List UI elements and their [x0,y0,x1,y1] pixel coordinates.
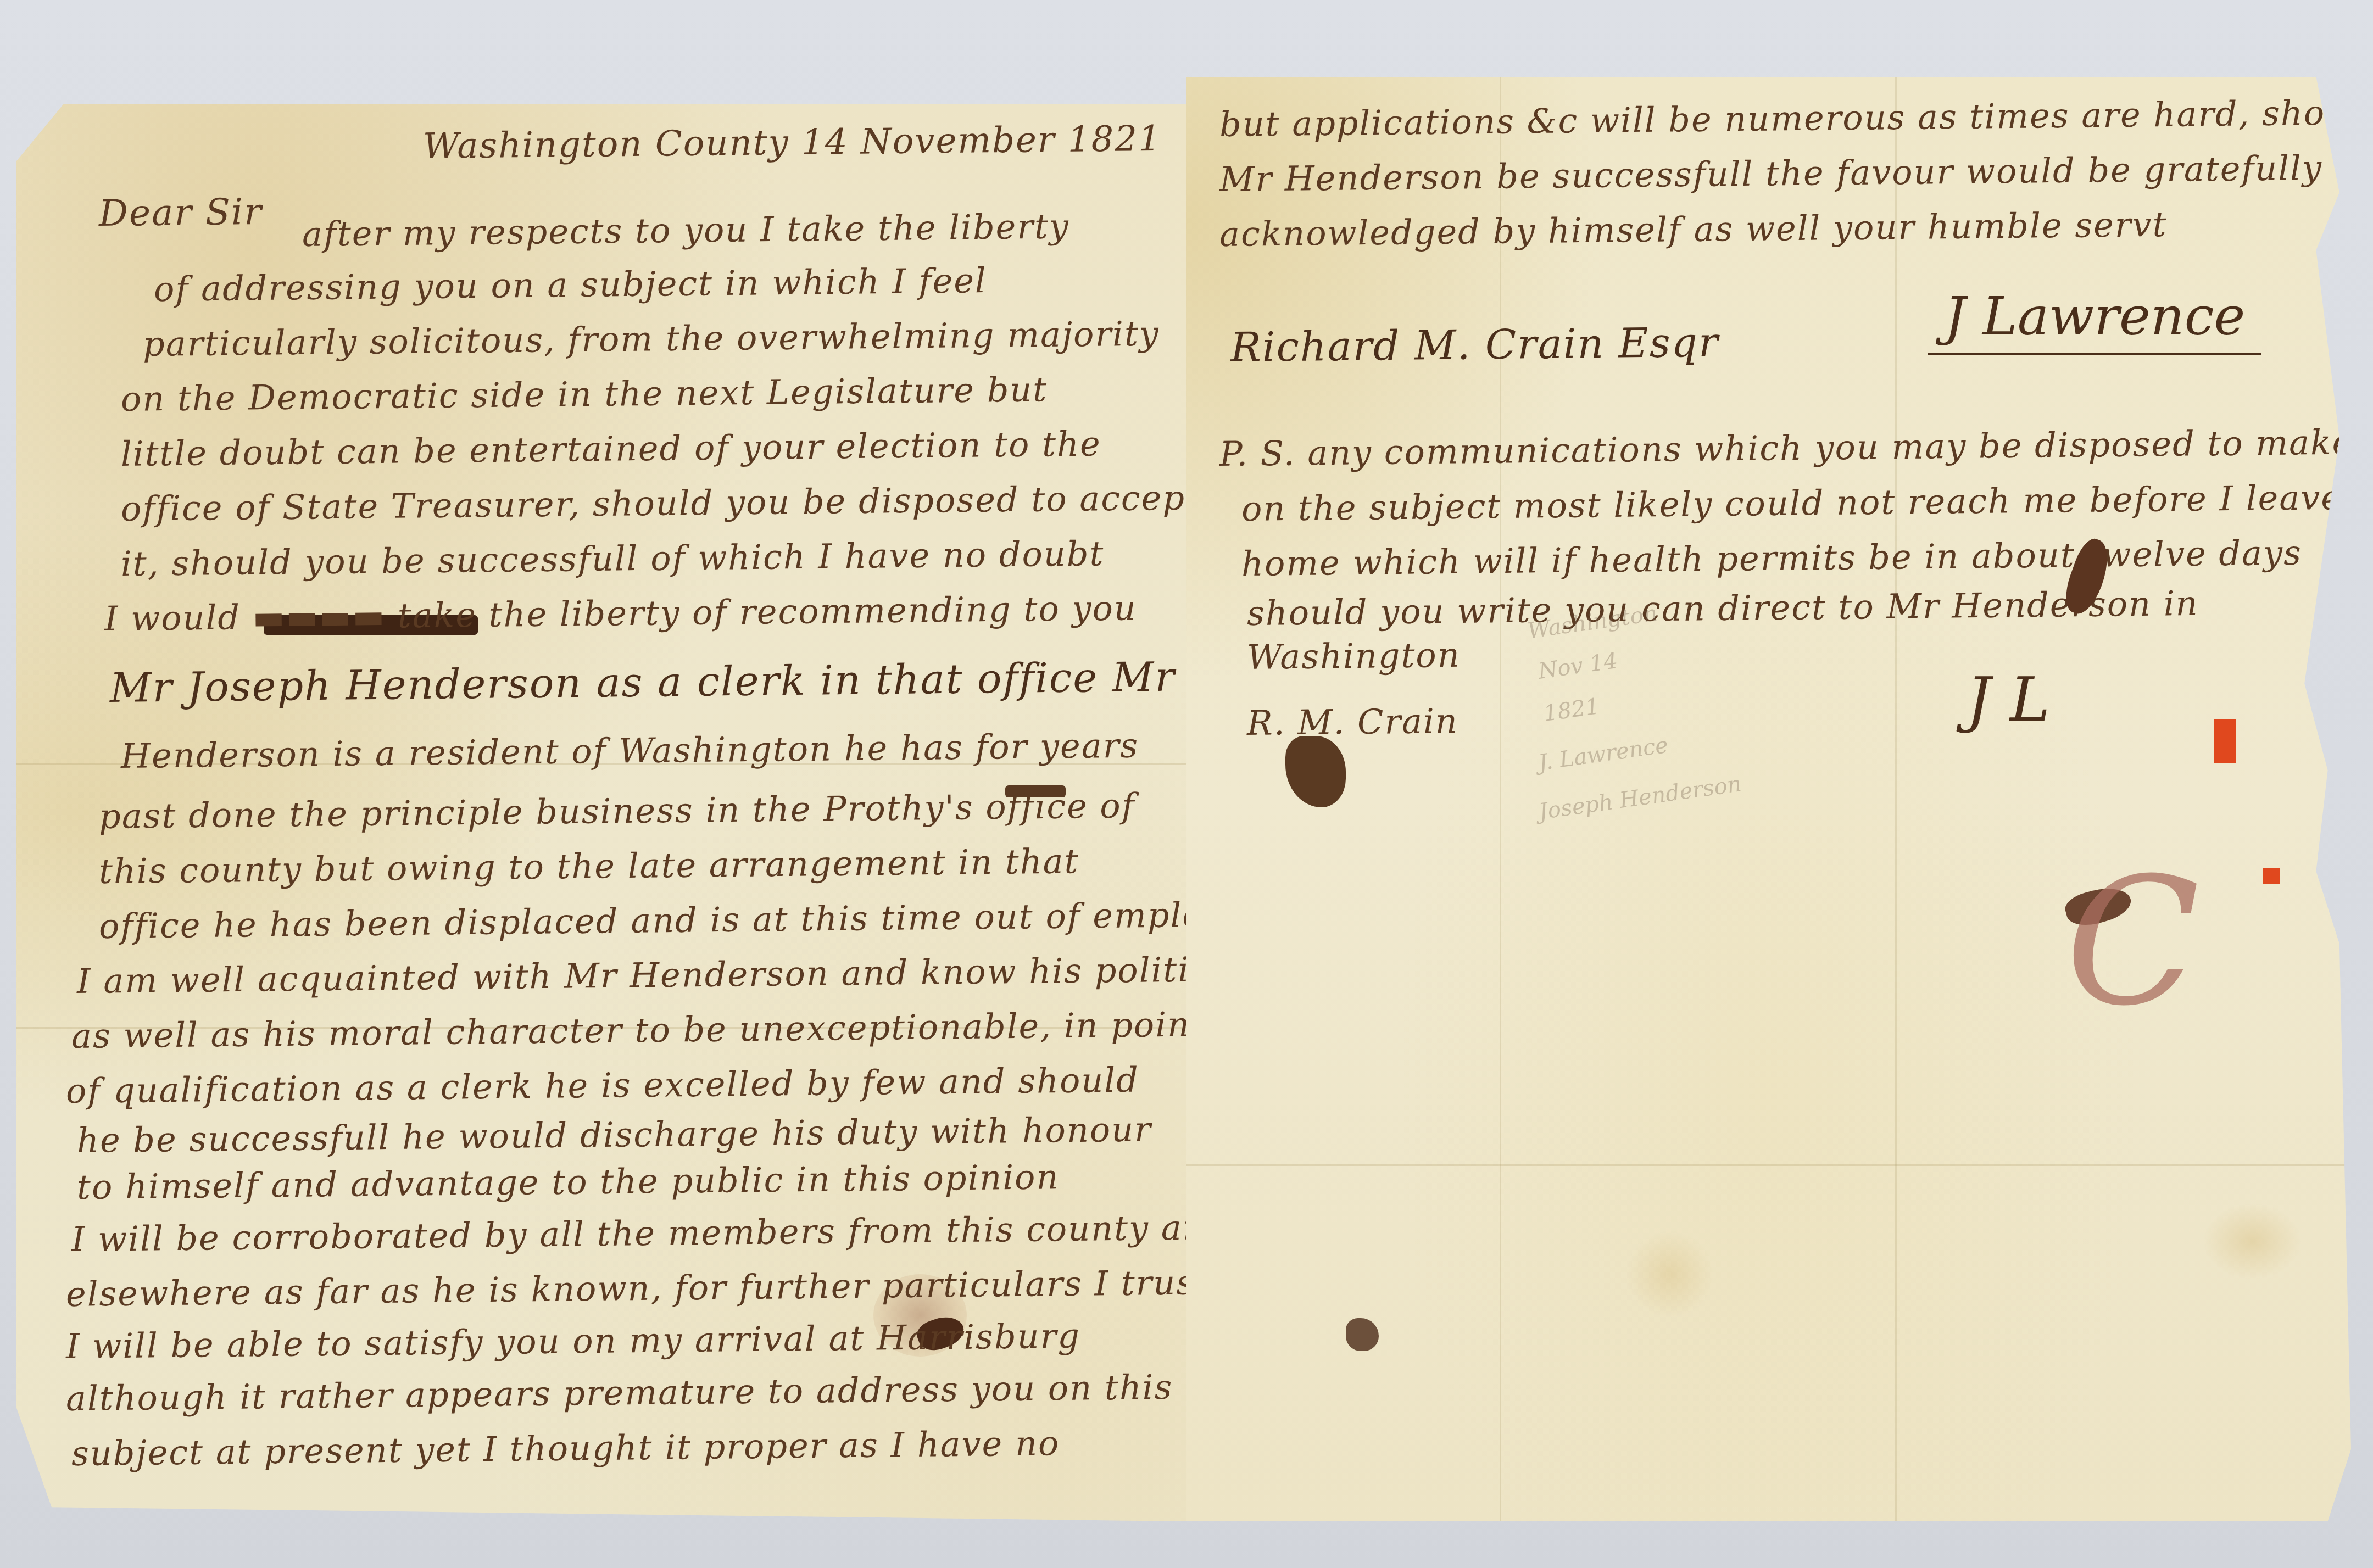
letter-left-page: Washington County 14 November 1821 Dear … [16,104,1186,1521]
signature: J Lawrence [1928,286,2261,355]
letter-line: I would ▬▬▬▬ take the liberty of recomme… [104,588,1138,639]
letter-line: office he has been displaced and is at t… [99,895,1225,946]
letter-line: subject at present yet I thought it prop… [71,1423,1060,1474]
letter-line: elsewhere as far as he is known, for fur… [66,1262,1210,1314]
letter-line: I will be able to satisfy you on my arri… [66,1316,1081,1366]
letter-line: I am well acquainted with Mr Henderson a… [77,949,1229,1001]
red-wax-seal-remnant [2263,868,2280,884]
letter-addressee: Richard M. Crain Esqr [1230,319,1719,371]
postscript-addressee: R. M. Crain [1247,701,1459,743]
letter-line: after my respects to you I take the libe… [302,206,1070,254]
water-stain [2203,1203,2302,1280]
postscript-line: should you write you can direct to Mr He… [1247,583,2199,633]
letter-dateline: Washington County 14 November 1821 [423,119,1162,167]
bleedthrough-text: J. Lawrence [1537,733,1670,776]
letter-line: to himself and advantage to the public i… [77,1157,1060,1207]
water-stain [1626,1230,1714,1318]
docket-letter: C [2065,840,2200,1045]
letter-line: it, should you be successfull of which I… [121,533,1105,584]
postscript-line: Washington [1247,635,1461,677]
postscript-initials: J L [1967,665,2050,735]
letter-salutation: Dear Sir [99,191,263,235]
letter-line: office of State Treasurer, should you be… [121,477,1201,529]
fold-crease [1186,1164,2351,1166]
letter-line: on the Democratic side in the next Legis… [121,369,1048,419]
letter-line: of addressing you on a subject in which … [154,260,987,309]
ink-speck [1346,1318,1379,1351]
red-wax-seal-remnant [2214,719,2236,763]
postscript-line: home which will if health permits be in … [1241,533,2303,584]
letter-line: Henderson is a resident of Washington he… [121,726,1139,776]
letter-line: although it rather appears premature to … [66,1367,1173,1419]
ink-blot [1285,736,1346,807]
bleedthrough-text: 1821 [1542,694,1601,727]
letter-right-page: but applications &c will be numerous as … [1186,77,2351,1521]
letter-line: Mr Joseph Henderson as a clerk in that o… [110,654,1176,712]
letter-line: acknowledged by himself as well your hum… [1219,204,2168,254]
letter-line: he be successfull he would discharge his… [77,1109,1152,1160]
postscript-line: P. S. any communications which you may b… [1219,422,2354,474]
letter-line: but applications &c will be numerous as … [1219,92,2373,144]
bleedthrough-text: Nov 14 [1537,648,1619,684]
fold-crease [1895,77,1897,1521]
letter-line: particularly solicitous, from the overwh… [143,314,1160,364]
postscript-line: on the subject most likely could not rea… [1241,477,2343,529]
fold-crease [1500,77,1501,1521]
letter-line: this county but owing to the late arrang… [99,841,1079,891]
letter-line: as well as his moral character to be une… [71,1004,1206,1056]
bleedthrough-text: Joseph Henderson [1538,771,1743,824]
letter-line: of qualification as a clerk he is excell… [66,1060,1140,1111]
letter-line: Mr Henderson be successfull the favour w… [1219,148,2323,199]
letter-line: past done the principle business in the … [99,785,1135,836]
letter-line: little doubt can be entertained of your … [121,423,1101,474]
letter-line: I will be corroborated by all the member… [71,1207,1229,1259]
